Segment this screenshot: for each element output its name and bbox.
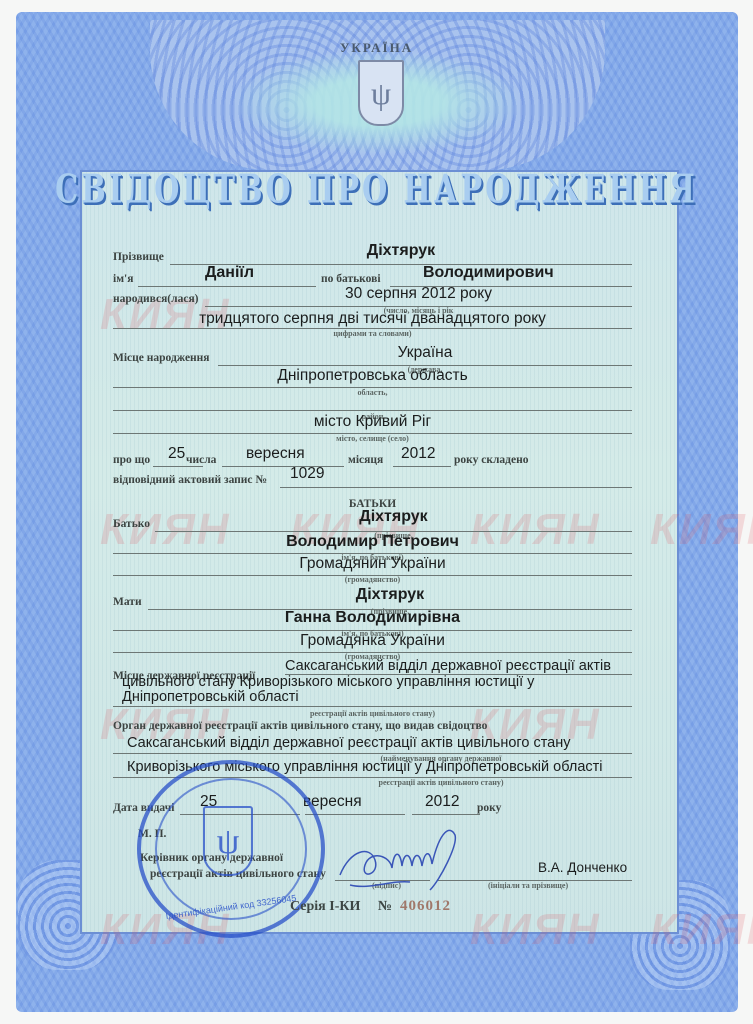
birthplace-label: Місце народження xyxy=(113,352,210,364)
watermark: КИЯН xyxy=(470,905,601,955)
record-number-line xyxy=(280,487,632,488)
birthplace-region-value: Дніпропетровська область xyxy=(113,367,632,385)
born-label: народився(лася) xyxy=(113,293,199,305)
record-day-value: 25 xyxy=(168,445,185,463)
record-number-label: відповідний актовий запис № xyxy=(113,474,267,486)
issue-year-value: 2012 xyxy=(425,793,459,811)
name-value: Даніїл xyxy=(205,264,254,282)
registration-place-hint: реєстрації актів цивільного стану) xyxy=(113,709,632,718)
record-year-line xyxy=(393,466,451,467)
number-sign: № xyxy=(378,899,392,914)
mother-citizenship-value: Громадянка України xyxy=(113,632,632,650)
record-day-line xyxy=(153,466,203,467)
father-citizenship-value: Громадянин України xyxy=(113,555,632,573)
authority-label: Орган державної реєстрації актів цивільн… xyxy=(113,720,487,732)
name-label: ім'я xyxy=(113,273,133,285)
authority-hint2: реєстрації актів цивільного стану) xyxy=(250,778,632,787)
record-month-value: вересня xyxy=(246,445,305,463)
birthplace-city-value: місто Кривий Ріг xyxy=(113,413,632,431)
signature xyxy=(330,820,500,900)
official-name-hint: (ініціали та прізвище) xyxy=(488,881,568,890)
authority-line1: Саксаганський відділ державної реєстраці… xyxy=(127,735,571,751)
father-label: Батько xyxy=(113,518,150,530)
father-citizenship-hint: (громадянство) xyxy=(113,575,632,584)
series-label: Серія І-КИ № xyxy=(290,899,392,915)
issue-year-label: року xyxy=(477,802,501,814)
registration-place-line2: цивільного стану Криворізького міського … xyxy=(122,674,534,690)
official-name-value: В.А. Донченко xyxy=(538,860,627,875)
father-surname-value: Діхтярук xyxy=(155,508,632,526)
registration-place-line3: Дніпропетровській області xyxy=(122,689,299,705)
patronymic-label: по батькові xyxy=(321,273,381,285)
watermark: КИЯН xyxy=(650,505,753,555)
country-name: УКРАЇНА xyxy=(0,40,753,56)
issue-year-line xyxy=(412,814,480,815)
registration-place-line1: Саксаганський відділ державної реєстраці… xyxy=(285,658,611,674)
document-title: СВІДОЦТВО ПРО НАРОДЖЕННЯ xyxy=(0,166,753,212)
serial-number: 406012 xyxy=(400,898,451,915)
series-text: Серія І-КИ xyxy=(290,899,360,914)
born-words-value: тридцятого серпня дві тисячі дванадцятог… xyxy=(113,310,632,328)
stamp-trident-icon: ψ xyxy=(203,806,253,876)
record-prefix: про що xyxy=(113,454,150,466)
birthplace-district-line xyxy=(113,410,632,411)
record-year-label: року складено xyxy=(454,454,528,466)
record-month-line xyxy=(222,466,344,467)
issue-month-line xyxy=(305,814,405,815)
born-words-hint: цифрами та словами) xyxy=(113,329,632,338)
surname-value: Діхтярук xyxy=(170,242,632,260)
mother-surname-value: Діхтярук xyxy=(148,586,632,604)
watermark: КИЯН xyxy=(650,905,753,955)
record-year-value: 2012 xyxy=(401,445,435,463)
mother-name-value: Ганна Володимирівна xyxy=(113,609,632,627)
trident-icon: ψ xyxy=(358,60,404,126)
born-date-value: 30 серпня 2012 року xyxy=(205,285,632,303)
surname-label: Прізвище xyxy=(113,251,164,263)
record-number-value: 1029 xyxy=(290,465,324,483)
record-month-label: місяця xyxy=(348,454,383,466)
father-name-value: Володимир Петрович xyxy=(113,533,632,551)
registration-place-line-bottom xyxy=(113,706,632,707)
birthplace-region-hint: область, xyxy=(113,388,632,397)
birthplace-country-value: Україна xyxy=(218,344,632,362)
birthplace-city-hint: місто, селище (село) xyxy=(113,434,632,443)
record-day-label: числа xyxy=(186,454,216,466)
patronymic-value: Володимирович xyxy=(423,264,554,282)
mother-label: Мати xyxy=(113,596,142,608)
